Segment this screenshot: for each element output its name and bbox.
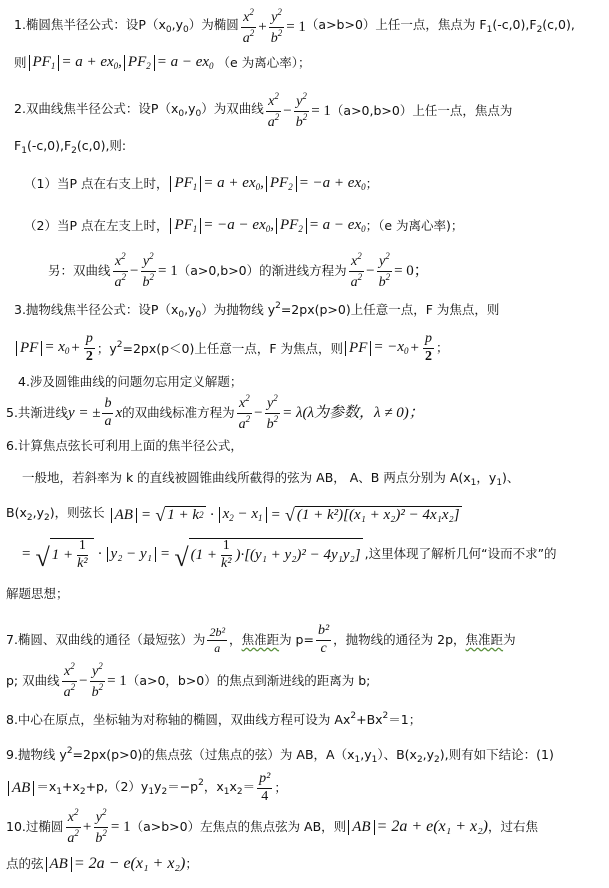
fraction-x2-a2: x2a2 <box>241 8 257 46</box>
item-1-prefix: 1.椭圆焦半径公式：设P（x0,y0）为椭圆 <box>14 19 239 35</box>
equation-rhs: = 1 <box>311 104 331 119</box>
item-6-chord-line: B(x2,y2)，则弦长 AB = √1 + k2 · x2 − x1 = √(… <box>6 506 464 524</box>
case-1-label: （1）当P 点在右支上时， <box>24 178 168 191</box>
item-3-line-2: PF = x0 + p2 ；y2=2px(p＜0)上任意一点，F 为焦点，则 P… <box>14 332 449 364</box>
item-2-case-1: （1）当P 点在右支上时， PF1 = a + ex0, PF2 = −a + … <box>24 176 378 192</box>
item-1-line-1: 1.椭圆焦半径公式：设P（x0,y0）为椭圆 x2a2 + y2b2 = 1 （… <box>14 8 575 46</box>
item-1-note: （e 为离心率）； <box>218 57 311 70</box>
item-2-line-1: 2.双曲线焦半径公式：设P（x0,y0）为双曲线 x2a2 − y2b2 = 1… <box>14 92 512 130</box>
spellcheck-underlined-term: 焦准距 <box>466 634 504 647</box>
item-10-line-2: 点的弦 AB = 2a − e(x₁ + x₂) ； <box>6 856 198 872</box>
fraction-x2-a2: x2a2 <box>266 92 282 130</box>
item-1-then: 则 <box>14 57 27 70</box>
item-2-condition: （a>0,b>0）上任一点，焦点为 <box>331 105 512 118</box>
item-8: 8.中心在原点，坐标轴为对称轴的椭圆，双曲线方程可设为 Ax2+Bx2＝1； <box>6 712 421 727</box>
formula-pf2: = a − ex0 <box>157 55 214 71</box>
abs-pf2: PF2 <box>124 55 155 71</box>
item-6-chord-line-2: = √1 +1k² · y₂ − y₁ = √(1 +1k²)·[(y₁ + y… <box>22 538 557 571</box>
item-6-conclusion: 解题思想； <box>6 588 69 601</box>
fraction-y2-b2: y2b2 <box>269 8 285 46</box>
item-2-asymptote: 另：双曲线 x2a2 − y2b2 = 1 （a>0,b>0）的渐进线方程为 x… <box>48 252 429 290</box>
item-2-case-2: （2）当P 点在左支上时， PF1 = −a − ex0, PF2 = a − … <box>24 218 463 234</box>
spellcheck-underlined-term: 焦准距 <box>242 634 280 647</box>
item-7-line-1: 7.椭圆、双曲线的通径（最短弦）为 2b²a ， 焦准距 为 p= b²c ，抛… <box>6 624 516 656</box>
minus-sign: − <box>283 104 291 119</box>
item-10-line-1: 10.过椭圆 x2a2 + y2b2 = 1 （a>b>0）左焦点的焦点弦为 A… <box>6 808 538 846</box>
equation-rhs: = 1 <box>286 20 306 35</box>
case-2-label: （2）当P 点在左支上时， <box>24 220 168 233</box>
item-3-line-1: 3.抛物线焦半径公式：设P（x0,y0）为抛物线 y2=2px(p>0)上任意一… <box>14 302 499 320</box>
item-6-general: 一般地，若斜率为 k 的直线被圆锥曲线所截得的弦为 AB， A、B 两点分别为 … <box>22 472 519 488</box>
item-9-line-1: 9.抛物线 y2=2px(p>0)的焦点弦（过焦点的弦）为 AB，A（x1,y1… <box>6 747 554 765</box>
item-4: 4.涉及圆锥曲线的问题勿忘用定义解题； <box>18 376 242 389</box>
fraction-y2-b2: y2b2 <box>294 92 310 130</box>
item-1-line-2: 则 PF1 = a + ex0, PF2 = a − ex0 （e 为离心率）； <box>14 55 310 71</box>
abs-pf1: PF1 <box>29 55 60 71</box>
item-1-condition: （a>b>0）上任一点，焦点为 F1(-c,0),F2(c,0), <box>306 19 575 35</box>
formula-pf1: = a + ex0, <box>61 55 122 71</box>
plus-sign: + <box>258 20 266 35</box>
item-7-line-2: p; 双曲线 x2a2 − y2b2 = 1 （a>0，b>0）的焦点到渐进线的… <box>6 662 370 700</box>
item-6-title: 6.计算焦点弦长可利用上面的焦半径公式， <box>6 440 243 453</box>
item-9-line-2: AB ＝x1+x2+p,（2）y1y2＝−p2，x1x2＝ p²4 ； <box>6 772 287 804</box>
item-5: 5.共渐进线 y = ± ba x 的双曲线标准方程为 x2a2 − y2b2 … <box>6 394 424 432</box>
item-2-line-2: F1(-c,0),F2(c,0),则: <box>14 140 126 156</box>
